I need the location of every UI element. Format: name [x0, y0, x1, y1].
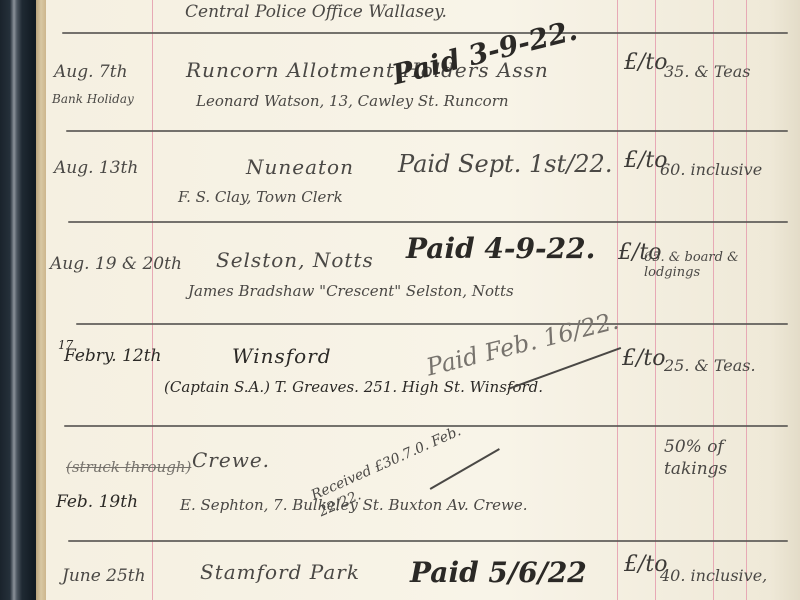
column-rule: [713, 0, 714, 600]
entry-date: June 25th: [62, 566, 146, 586]
entry-separator: [66, 130, 788, 132]
entry-place: Crewe.: [192, 448, 270, 472]
entry-fee: 65. & board & lodgings: [644, 250, 784, 280]
entry-contact: F. S. Clay, Town Clerk: [178, 188, 343, 206]
column-rule: [617, 0, 618, 600]
pound-sign-icon: £/to: [624, 50, 668, 75]
header-fragment: Central Police Office Wallasey.: [185, 2, 447, 22]
entry-date: Aug. 7th: [54, 62, 128, 82]
entry-date: Febry. 12th: [64, 346, 162, 366]
entry-separator: [68, 540, 788, 542]
entry-fee: 60. inclusive: [660, 160, 762, 179]
entry-contact: James Bradshaw "Crescent" Selston, Notts: [188, 282, 514, 300]
entry-fee: 40. inclusive,: [660, 566, 767, 585]
entry-contact: (Captain S.A.) T. Greaves. 251. High St.…: [164, 378, 543, 396]
entry-separator: [64, 425, 788, 427]
pound-sign-icon: £/to: [622, 346, 666, 371]
entry-place: Winsford: [232, 344, 332, 368]
margin-rule: [152, 0, 153, 600]
entry-place: Selston, Notts: [216, 248, 374, 272]
entry-fee: 50% of takings: [664, 436, 764, 480]
book-binding: [0, 0, 36, 600]
entry-separator: [62, 32, 788, 34]
struck-date: (struck through): [66, 458, 191, 476]
column-rule: [746, 0, 747, 600]
entry-fee: 25. & Teas.: [664, 356, 756, 375]
column-rule: [655, 0, 656, 600]
entry-fee: 35. & Teas: [664, 62, 751, 81]
entry-payment: Paid Sept. 1st/22.: [398, 150, 612, 178]
entry-payment: Paid 5/6/22: [410, 556, 587, 589]
entry-date: Aug. 13th: [54, 158, 138, 178]
entry-place: Nuneaton: [246, 155, 354, 179]
entry-separator: [76, 323, 788, 325]
entry-contact: Leonard Watson, 13, Cawley St. Runcorn: [196, 92, 509, 110]
entry-place: Stamford Park: [200, 560, 360, 584]
page-edge: [36, 0, 46, 600]
entry-separator: [68, 221, 788, 223]
entry-date-note: Bank Holiday: [52, 92, 134, 106]
entry-payment: Paid 4-9-22.: [406, 232, 595, 265]
entry-date: Feb. 19th: [56, 492, 138, 512]
entry-date: Aug. 19 & 20th: [50, 254, 182, 274]
